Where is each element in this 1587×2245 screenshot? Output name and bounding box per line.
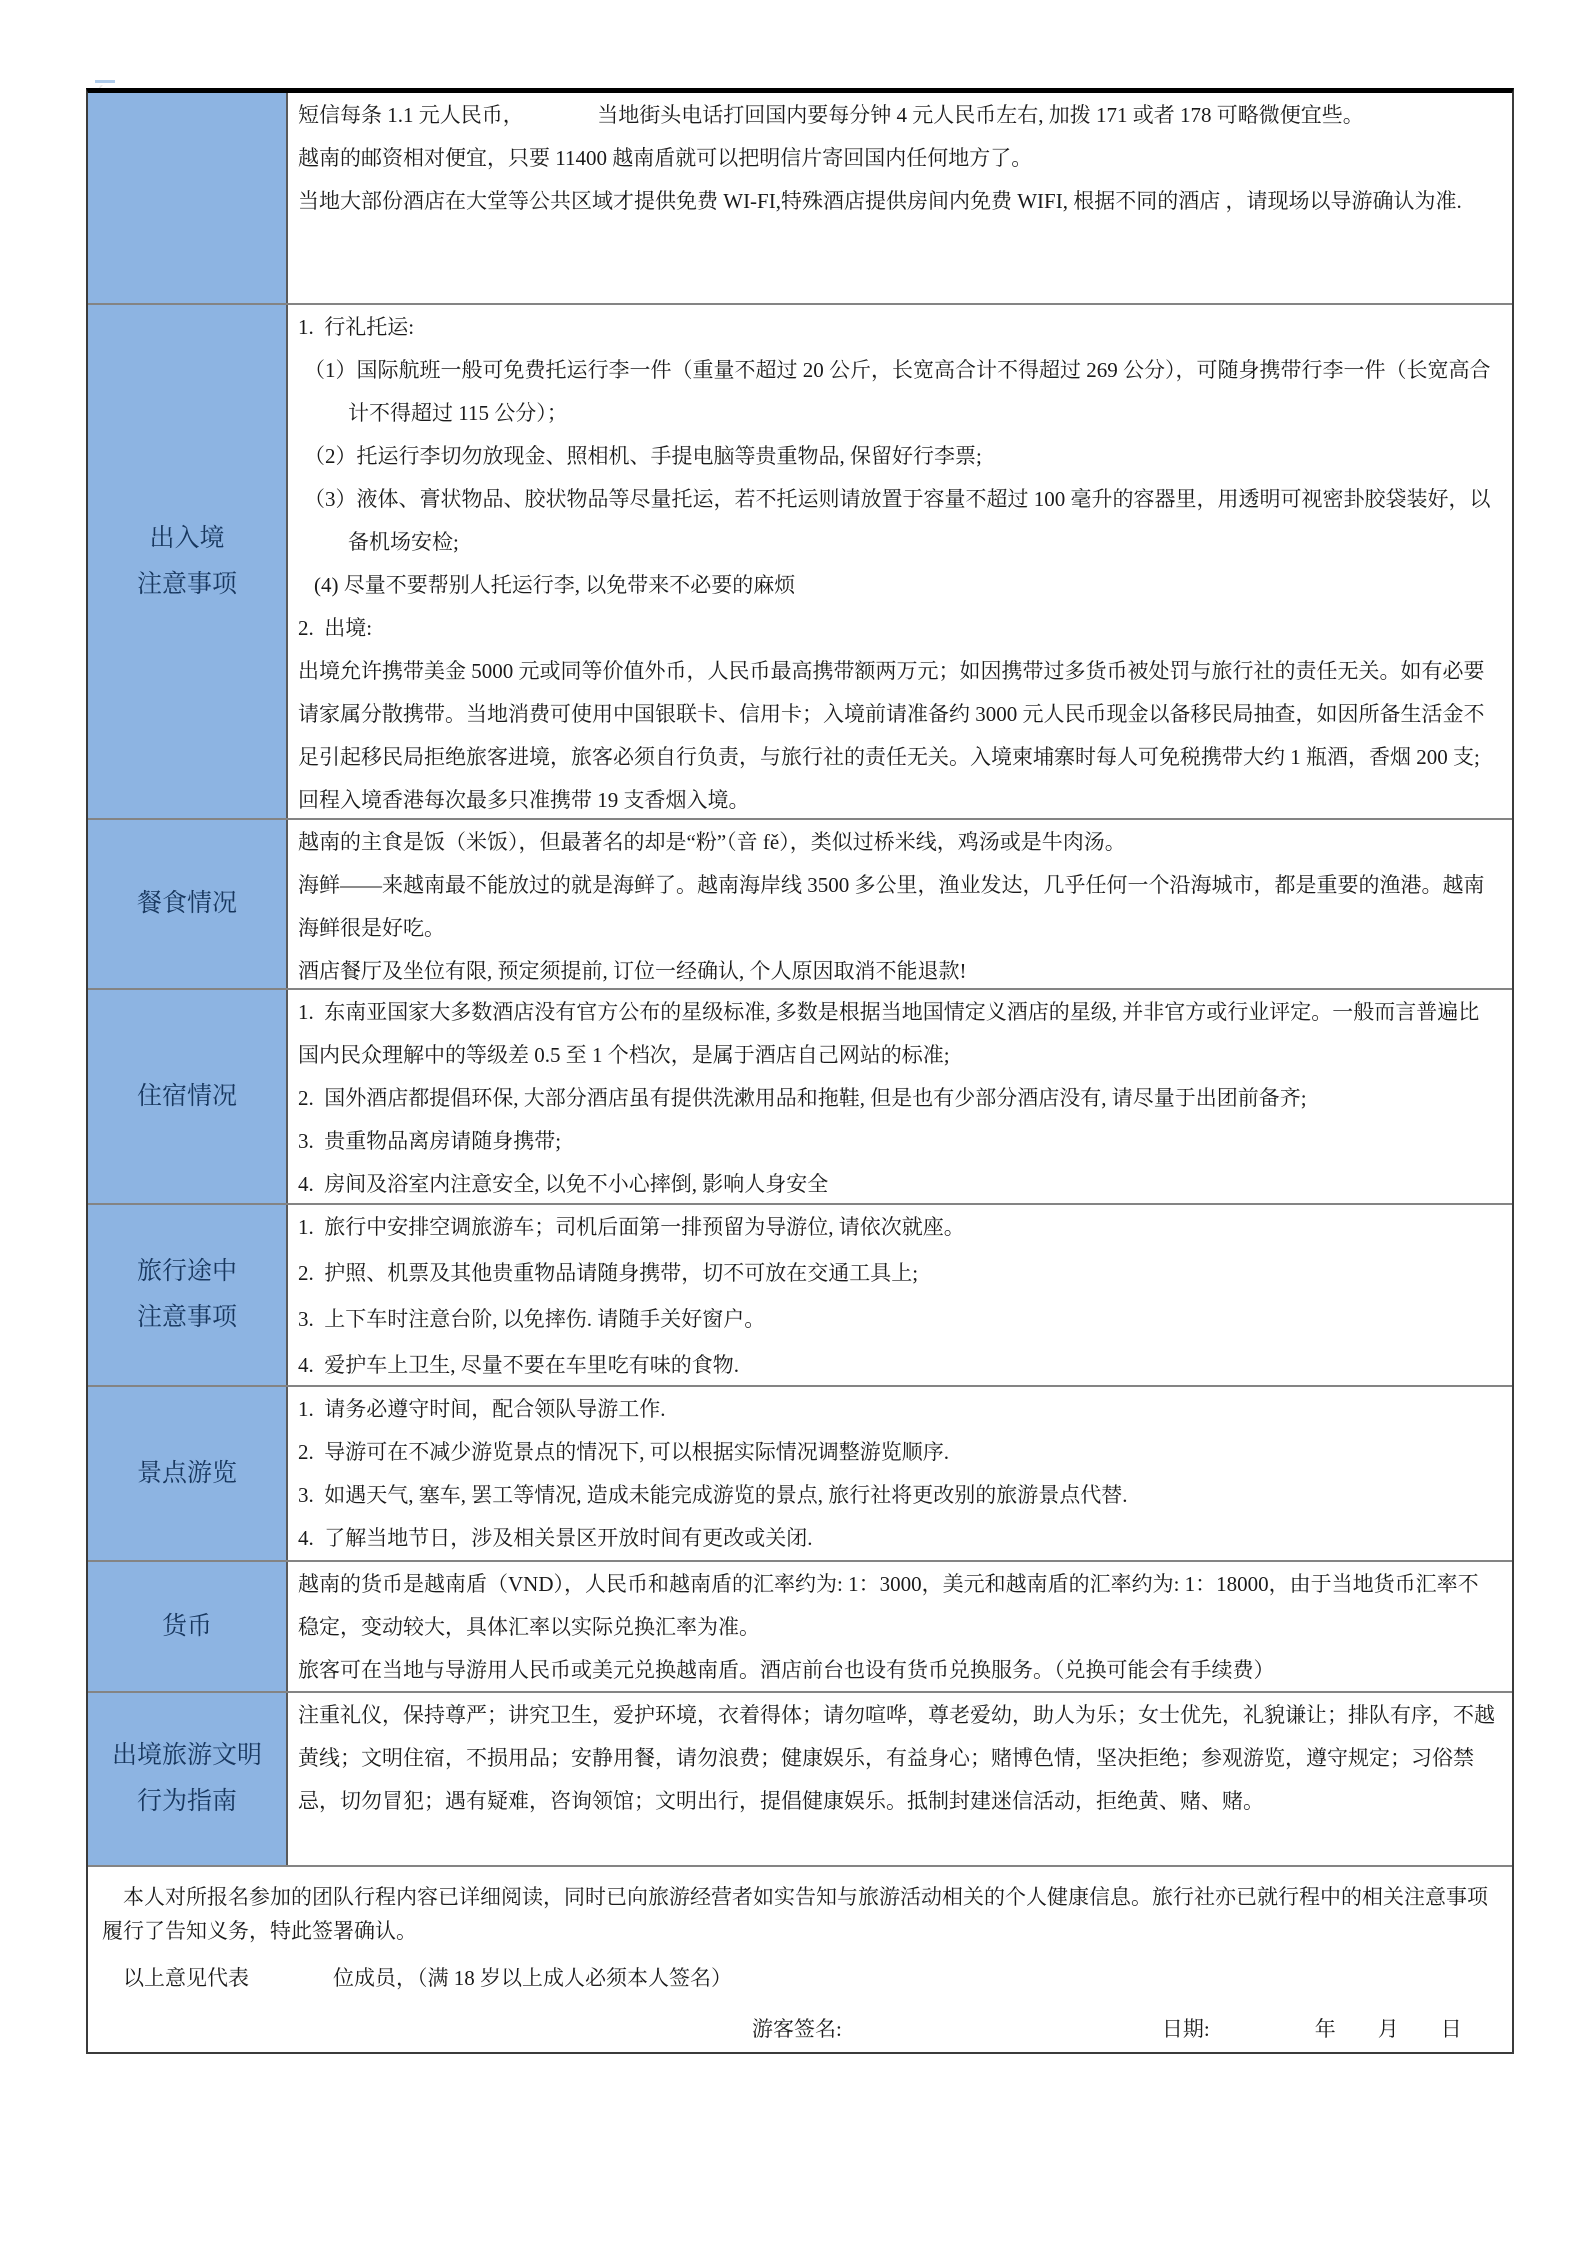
declaration-section: 本人对所报名参加的团队行程内容已详细阅读，同时已向旅游经营者如实告知与旅游活动相…: [88, 1867, 1512, 2052]
table-row: 出入境 注意事项 1. 行礼托运: （1）国际航班一般可免费托运行李一件（重量不…: [88, 305, 1512, 820]
section-content-accommodation: 1. 东南亚国家大多数酒店没有官方公布的星级标准, 多数是根据当地国情定义酒店的…: [288, 990, 1512, 1203]
table-row: 住宿情况 1. 东南亚国家大多数酒店没有官方公布的星级标准, 多数是根据当地国情…: [88, 990, 1512, 1205]
label-line: 行为指南: [137, 1779, 237, 1825]
label-line: 旅行途中: [137, 1249, 237, 1295]
label-line: 注意事项: [137, 562, 237, 608]
section-label-en-route: 旅行途中 注意事项: [88, 1205, 288, 1385]
signature-label: 游客签名:: [752, 2012, 842, 2046]
label-line: 出入境: [149, 516, 224, 562]
paragraph: 1. 行礼托运:: [298, 306, 1498, 349]
paragraph: 2. 国外酒店都提倡环保, 大部分酒店虽有提供洗漱用品和拖鞋, 但是也有少部分酒…: [298, 1077, 1498, 1120]
paragraph: （3）液体、膏状物品、胶状物品等尽量托运，若不托运则请放置于容量不超过 100 …: [298, 478, 1498, 564]
year-label: 年: [1315, 2012, 1336, 2046]
paragraph: （1）国际航班一般可免费托运行李一件（重量不超过 20 公斤，长宽高合计不得超过…: [298, 349, 1498, 435]
label-line: 货币: [162, 1604, 212, 1650]
section-label-accommodation: 住宿情况: [88, 990, 288, 1203]
document-page[interactable]: 短信每条 1.1 元人民币， 当地街头电话打回国内要每分钟 4 元人民币左右, …: [0, 0, 1587, 2245]
section-content-civilized-travel: 注重礼仪，保持尊严；讲究卫生，爱护环境，衣着得体；请勿喧哗，尊老爱幼，助人为乐；…: [288, 1693, 1512, 1865]
label-line: 住宿情况: [137, 1074, 237, 1120]
day-label: 日: [1441, 2012, 1462, 2046]
paragraph: 酒店餐厅及坐位有限, 预定须提前, 订位一经确认, 个人原因取消不能退款!: [298, 950, 1498, 988]
paragraph: 2. 出境:: [298, 607, 1498, 650]
signature-line: 游客签名: 日期: 年 月 日: [102, 2012, 1496, 2046]
label-line: 注意事项: [137, 1295, 237, 1341]
paragraph: 海鲜——来越南最不能放过的就是海鲜了。越南海岸线 3500 多公里，渔业发达，几…: [298, 864, 1498, 950]
paragraph: 越南的主食是饭（米饭），但最著名的却是“粉”（音 fě），类似过桥米线，鸡汤或是…: [298, 821, 1498, 864]
section-label-civilized-travel: 出境旅游文明 行为指南: [88, 1693, 288, 1865]
paragraph: （2）托运行李切勿放现金、照相机、手提电脑等贵重物品, 保留好行李票;: [298, 435, 1498, 478]
paragraph: 3. 如遇天气, 塞车, 罢工等情况, 造成未能完成游览的景点, 旅行社将更改别…: [298, 1474, 1498, 1517]
section-content-communication: 短信每条 1.1 元人民币， 当地街头电话打回国内要每分钟 4 元人民币左右, …: [288, 93, 1512, 303]
table-row: 旅行途中 注意事项 1. 旅行中安排空调旅游车；司机后面第一排预留为导游位, 请…: [88, 1205, 1512, 1387]
table-row: 本人对所报名参加的团队行程内容已详细阅读，同时已向旅游经营者如实告知与旅游活动相…: [88, 1867, 1512, 2052]
declaration-paragraph: 本人对所报名参加的团队行程内容已详细阅读，同时已向旅游经营者如实告知与旅游活动相…: [102, 1880, 1496, 1948]
date-label: 日期:: [1162, 2012, 1210, 2046]
table-row: 餐食情况 越南的主食是饭（米饭），但最著名的却是“粉”（音 fě），类似过桥米线…: [88, 820, 1512, 990]
representative-line: 以上意见代表 位成员，（满 18 岁以上成人必须本人签名）: [102, 1961, 1496, 1995]
label-line: 餐食情况: [137, 881, 237, 927]
section-label-currency: 货币: [88, 1562, 288, 1691]
paragraph: 短信每条 1.1 元人民币， 当地街头电话打回国内要每分钟 4 元人民币左右, …: [298, 94, 1498, 137]
stray-mark-icon: [95, 80, 115, 83]
table-row: 货币 越南的货币是越南盾（VND），人民币和越南盾的汇率约为: 1：3000，美…: [88, 1562, 1512, 1693]
paragraph: 1. 东南亚国家大多数酒店没有官方公布的星级标准, 多数是根据当地国情定义酒店的…: [298, 991, 1498, 1077]
paragraph: 3. 贵重物品离房请随身携带;: [298, 1120, 1498, 1163]
table-row: 景点游览 1. 请务必遵守时间，配合领队导游工作. 2. 导游可在不减少游览景点…: [88, 1387, 1512, 1562]
paragraph: 2. 导游可在不减少游览景点的情况下, 可以根据实际情况调整游览顺序.: [298, 1431, 1498, 1474]
section-label-communication: [88, 93, 288, 303]
section-label-immigration: 出入境 注意事项: [88, 305, 288, 818]
paragraph: 1. 请务必遵守时间，配合领队导游工作.: [298, 1388, 1498, 1431]
section-content-sightseeing: 1. 请务必遵守时间，配合领队导游工作. 2. 导游可在不减少游览景点的情况下,…: [288, 1387, 1512, 1560]
table-row: 出境旅游文明 行为指南 注重礼仪，保持尊严；讲究卫生，爱护环境，衣着得体；请勿喧…: [88, 1693, 1512, 1867]
section-label-sightseeing: 景点游览: [88, 1387, 288, 1560]
section-content-en-route: 1. 旅行中安排空调旅游车；司机后面第一排预留为导游位, 请依次就座。 2. 护…: [288, 1205, 1512, 1385]
paragraph: 出境允许携带美金 5000 元或同等价值外币，人民币最高携带额两万元；如因携带过…: [298, 650, 1498, 818]
paragraph: 旅客可在当地与导游用人民币或美元兑换越南盾。酒店前台也设有货币兑换服务。（兑换可…: [298, 1649, 1498, 1691]
table-row: 短信每条 1.1 元人民币， 当地街头电话打回国内要每分钟 4 元人民币左右, …: [88, 93, 1512, 305]
label-line: 景点游览: [137, 1451, 237, 1497]
paragraph: (4) 尽量不要帮别人托运行李, 以免带来不必要的麻烦: [298, 564, 1498, 607]
paragraph: 4. 爱护车上卫生, 尽量不要在车里吃有味的食物.: [298, 1344, 1498, 1385]
section-label-dining: 餐食情况: [88, 820, 288, 988]
paragraph: 3. 上下车时注意台阶, 以免摔伤. 请随手关好窗户。: [298, 1298, 1498, 1341]
paragraph: 越南的邮资相对便宜，只要 11400 越南盾就可以把明信片寄回国内任何地方了。: [298, 137, 1498, 180]
paragraph: 1. 旅行中安排空调旅游车；司机后面第一排预留为导游位, 请依次就座。: [298, 1206, 1498, 1249]
paragraph: 当地大部份酒店在大堂等公共区域才提供免费 WI-FI,特殊酒店提供房间内免费 W…: [298, 180, 1498, 223]
paragraph: 越南的货币是越南盾（VND），人民币和越南盾的汇率约为: 1：3000，美元和越…: [298, 1563, 1498, 1649]
section-content-immigration: 1. 行礼托运: （1）国际航班一般可免费托运行李一件（重量不超过 20 公斤，…: [288, 305, 1512, 818]
paragraph: 4. 房间及浴室内注意安全, 以免不小心摔倒, 影响人身安全: [298, 1163, 1498, 1203]
month-label: 月: [1378, 2012, 1399, 2046]
section-content-dining: 越南的主食是饭（米饭），但最著名的却是“粉”（音 fě），类似过桥米线，鸡汤或是…: [288, 820, 1512, 988]
travel-notice-table: 短信每条 1.1 元人民币， 当地街头电话打回国内要每分钟 4 元人民币左右, …: [86, 88, 1514, 2054]
section-content-currency: 越南的货币是越南盾（VND），人民币和越南盾的汇率约为: 1：3000，美元和越…: [288, 1562, 1512, 1691]
paragraph: 4. 了解当地节日，涉及相关景区开放时间有更改或关闭.: [298, 1517, 1498, 1560]
paragraph: 注重礼仪，保持尊严；讲究卫生，爱护环境，衣着得体；请勿喧哗，尊老爱幼，助人为乐；…: [298, 1694, 1498, 1823]
label-line: 出境旅游文明: [112, 1733, 262, 1779]
paragraph: 2. 护照、机票及其他贵重物品请随身携带，切不可放在交通工具上;: [298, 1252, 1498, 1295]
